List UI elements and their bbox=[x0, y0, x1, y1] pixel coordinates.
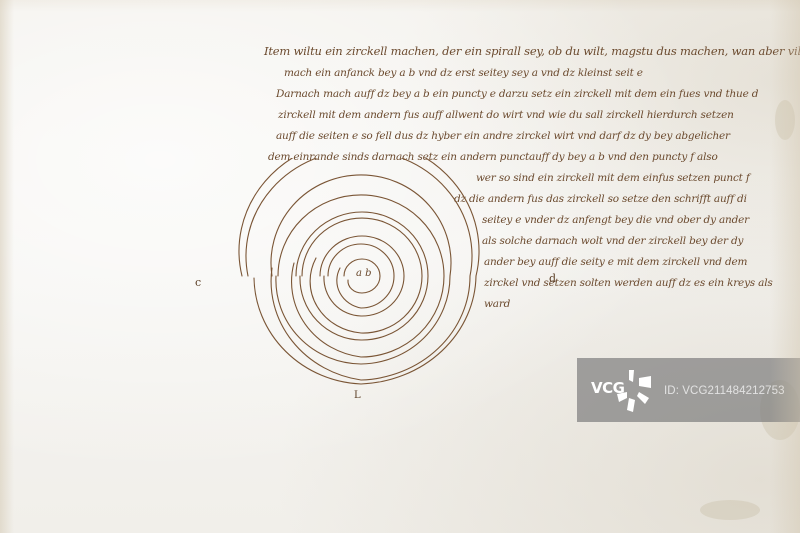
text-line: zirckell mit dem andern fus auff allwent… bbox=[278, 110, 734, 121]
center-label-text: a b bbox=[356, 268, 372, 279]
text-line: Item wiltu ein zirckell machen, der ein … bbox=[264, 46, 800, 58]
text-line: auff die seiten e so fell dus dz hyber e… bbox=[276, 131, 730, 142]
text-line: Darnach mach auff dz bey a b ein puncty … bbox=[276, 89, 758, 100]
text-line: ander bey auff die seity e mit dem zirck… bbox=[484, 257, 747, 268]
text-line: als solche darnach wolt vnd der zirckell… bbox=[482, 236, 743, 247]
text-line: ward bbox=[484, 299, 510, 310]
vcg-burst-logo-icon bbox=[615, 368, 655, 416]
paper-stain bbox=[775, 100, 795, 140]
text-line: zirckel vnd setzen solten werden auff dz… bbox=[484, 278, 773, 289]
text-line: wer so sind ein zirckell mit dem einfus … bbox=[476, 173, 750, 184]
spiral-diagram: a b bbox=[236, 158, 486, 388]
vcg-watermark: VCG ID: VCG211484212753 bbox=[577, 358, 800, 422]
text-line: mach ein anfanck bey a b vnd dz erst sei… bbox=[284, 68, 643, 79]
diagram-mark-right: d bbox=[549, 272, 556, 285]
spiral-center-label: a b bbox=[356, 268, 372, 279]
watermark-id: ID: VCG211484212753 bbox=[664, 385, 785, 397]
text-line: seitey e vnder dz anfengt bey die vnd ob… bbox=[482, 215, 749, 226]
diagram-mark-bottom: L bbox=[354, 390, 361, 401]
manuscript-page: Item wiltu ein zirckell machen, der ein … bbox=[0, 0, 800, 533]
paper-stain bbox=[700, 500, 760, 520]
diagram-mark-left: c bbox=[195, 276, 201, 289]
text-line: dz die andern fus das zirckell so setze … bbox=[454, 194, 747, 205]
